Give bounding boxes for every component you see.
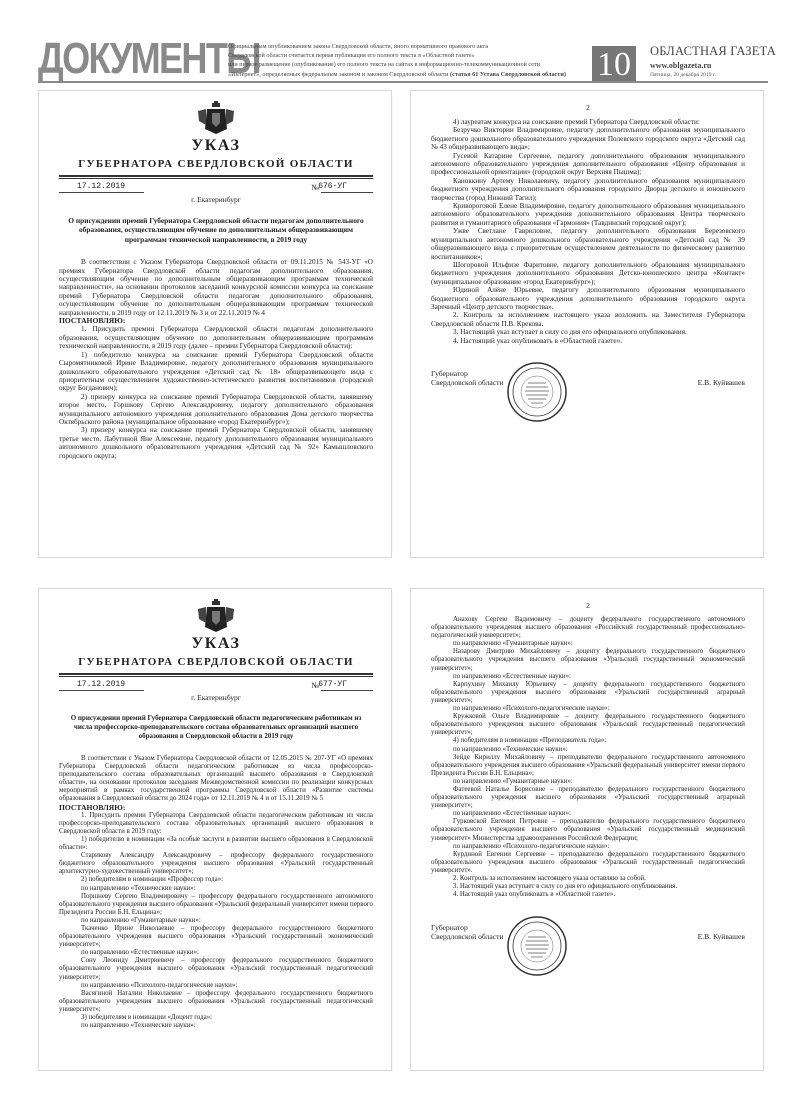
paragraph: Зейде Кириллу Михайловичу – преподавател…: [431, 754, 745, 778]
decree-resolution-word: ПОСТАНОВЛЯЮ:: [59, 804, 373, 812]
paragraph: Кривороговой Елене Владимировне, педагог…: [431, 202, 745, 227]
paragraph: 4) лауреатам конкурса на соискание преми…: [431, 118, 745, 126]
paragraph: Поршневу Сергею Владимировичу – профессо…: [59, 893, 373, 917]
legal-note-citation: (статья 61 Устава Свердловской области): [450, 71, 566, 78]
paragraph: 4. Настоящий указ опубликовать в «Област…: [431, 891, 745, 899]
legal-note-line: Свердловской области считается первая пу…: [228, 51, 588, 60]
signatory-role-line: Свердловской области: [431, 378, 503, 387]
decree-body: Анахову Сергею Вадимовичу – доценту феде…: [431, 616, 745, 899]
date-underline: [59, 192, 144, 193]
paragraph: 2. Контроль за исполнением настоящего ук…: [431, 875, 745, 883]
date-number-row: 17.12.2019 № 677-УГ: [59, 677, 373, 693]
paragraph: по направлению «Технические науки»:: [59, 1022, 373, 1030]
paragraph: 3. Настоящий указ вступает в силу со дня…: [431, 883, 745, 891]
paragraph: Ужве Светлане Гавриловне, педагогу допол…: [431, 227, 745, 261]
decree-body: В соответствии с Указом Губернатора Свер…: [59, 258, 373, 460]
decree-body: 4) лауреатам конкурса на соискание преми…: [431, 118, 745, 345]
date-underline: [59, 690, 144, 691]
decree-title: О присуждении премий Губернатора Свердло…: [65, 216, 367, 244]
decree-word: УКАЗ: [59, 137, 373, 155]
signature-block: Губернатор Свердловской области Е.В. Куй…: [431, 361, 745, 421]
page-number-label: 2: [431, 103, 745, 112]
decree-677-page-2: 2 Анахову Сергею Вадимовичу – доценту фе…: [410, 588, 764, 1071]
paragraph: 1) победителю конкурса на соискание прем…: [59, 351, 373, 393]
decree-issuer: ГУБЕРНАТОРА СВЕРДЛОВСКОЙ ОБЛАСТИ: [59, 158, 373, 170]
paragraph: по направлению «Технические науки»:: [431, 746, 745, 754]
signatory-role: Губернатор Свердловской области: [431, 923, 503, 941]
paragraph: Безручко Виктории Владимировне, педагогу…: [431, 126, 745, 151]
paragraph: по направлению «Естественные науки»:: [59, 949, 373, 957]
paragraph: Каноккину Артему Николаевичу, педагогу д…: [431, 177, 745, 202]
signatory-name: Е.В. Куйвашев: [698, 378, 745, 387]
section-title: ДОКУМЕНТЫ: [38, 36, 260, 82]
paragraph: Карпухину Михаилу Юрьевичу – доценту фед…: [431, 681, 745, 705]
paragraph: 3) призеру конкурса на соискание премий …: [59, 426, 373, 460]
decree-677-page-1: УКАЗ ГУБЕРНАТОРА СВЕРДЛОВСКОЙ ОБЛАСТИ 17…: [38, 588, 392, 1071]
decree-676-page-2: 2 4) лауреатам конкурса на соискание пре…: [410, 90, 764, 558]
newspaper-name: ОБЛАСТНАЯ ГАЗЕТА: [650, 44, 776, 59]
masthead-rule: [38, 81, 768, 83]
decree-city: г. Екатеринбург: [59, 693, 373, 702]
paragraph: по направлению «Гуманитарные науки»:: [431, 640, 745, 648]
paragraph: по направлению «Психолого-педагогические…: [431, 705, 745, 713]
paragraph: по направлению «Гуманитарные науки»:: [59, 917, 373, 925]
signatory-role: Губернатор Свердловской области: [431, 369, 503, 387]
legal-note-text: «Интернет», определяемых федеральным зак…: [228, 71, 449, 78]
issue-date: Пятница, 20 декабря 2019 г.: [650, 72, 716, 78]
paragraph: 1) победителю в номинации «За особые зас…: [59, 836, 373, 852]
decree-date: 17.12.2019: [77, 182, 125, 191]
paragraph: Васягиной Наталии Николаевне – профессор…: [59, 990, 373, 1014]
number-underline: [321, 192, 373, 193]
paragraph: Юдиной Алёне Юрьевне, педагогу дополните…: [431, 286, 745, 311]
paragraph: Кружковой Ольге Владимировне – доценту ф…: [431, 713, 745, 737]
paragraph: 2. Контроль за исполнением настоящего ук…: [431, 311, 745, 328]
signatory-name: Е.В. Куйвашев: [698, 932, 745, 941]
paragraph: Ткаченко Ирине Николаевне – профессору ф…: [59, 925, 373, 949]
paragraph: 1. Присудить премии Губернатора Свердлов…: [59, 812, 373, 836]
decree-resolution-word: ПОСТАНОВЛЯЮ:: [59, 317, 373, 325]
legal-note-line: или первое размещение (опубликование) ег…: [228, 60, 588, 69]
paragraph: 4) победителям в номинации «Преподавател…: [431, 737, 745, 745]
legal-note-line: Официальным опубликованием закона Свердл…: [228, 42, 588, 51]
official-seal-icon: [506, 915, 568, 977]
newspaper-masthead: ДОКУМЕНТЫ Официальным опубликованием зак…: [38, 40, 800, 82]
decree-word: УКАЗ: [59, 635, 373, 653]
paragraph: Гусевой Катарине Сергеевне, педагогу доп…: [431, 152, 745, 177]
paragraph: Шогоровой Ильфизе Фаритовне, педагогу до…: [431, 261, 745, 286]
newspaper-url[interactable]: www.oblgazeta.ru: [650, 61, 711, 70]
paragraph: 2) призеру конкурса на соискание премий …: [59, 393, 373, 427]
paragraph: Сону Леониду Дмитриевичу – профессору фе…: [59, 957, 373, 981]
paragraph: 2) победителям в номинации «Профессор го…: [59, 876, 373, 884]
number-underline: [321, 690, 373, 691]
paragraph: 4. Настоящий указ опубликовать в «Област…: [431, 337, 745, 345]
official-seal-icon: [506, 361, 568, 423]
decree-body: В соответствии с Указом Губернатора Свер…: [59, 755, 373, 1030]
decree-issuer: ГУБЕРНАТОРА СВЕРДЛОВСКОЙ ОБЛАСТИ: [59, 656, 373, 668]
page-number: 10: [592, 46, 636, 83]
signatory-role-line: Губернатор: [431, 369, 503, 378]
paragraph: 3. Настоящий указ вступает в силу со дня…: [431, 328, 745, 336]
decree-number: 676-УГ: [318, 182, 347, 191]
paragraph: по направлению «Естественные науки»:: [431, 810, 745, 818]
paragraph: Старикову Александру Александровичу – пр…: [59, 852, 373, 876]
paragraph: Фатеевой Наталье Борисовне – преподавате…: [431, 786, 745, 810]
decree-676-page-1: УКАЗ ГУБЕРНАТОРА СВЕРДЛОВСКОЙ ОБЛАСТИ 17…: [38, 90, 392, 558]
page-number-label: 2: [431, 601, 745, 610]
paragraph: по направлению «Психолого-педагогические…: [431, 843, 745, 851]
paragraph: 1. Присудить премии Губернатора Свердлов…: [59, 325, 373, 350]
decree-title: О присуждении премий Губернатора Свердло…: [65, 714, 367, 741]
decree-number: 677-УГ: [318, 680, 347, 689]
paragraph: по направлению «Технические науки»:: [59, 885, 373, 893]
signature-block: Губернатор Свердловской области Е.В. Куй…: [431, 915, 745, 975]
coat-of-arms-icon: [195, 101, 237, 135]
paragraph: Курдиной Евгении Сергеевне – преподавате…: [431, 851, 745, 875]
legal-note: Официальным опубликованием закона Свердл…: [228, 42, 588, 79]
preamble: В соответствии с Указом Губернатора Свер…: [59, 258, 373, 317]
paragraph: Анахову Сергею Вадимовичу – доценту феде…: [431, 616, 745, 640]
coat-of-arms-icon: [195, 599, 237, 633]
paragraph: 3) победителям в номинации «Доцент года»…: [59, 1014, 373, 1022]
date-number-row: 17.12.2019 № 676-УГ: [59, 179, 373, 195]
signatory-role-line: Свердловской области: [431, 932, 503, 941]
legal-note-line: «Интернет», определяемых федеральным зак…: [228, 70, 588, 79]
paragraph: по направлению «Гуманитарные науки»:: [431, 778, 745, 786]
paragraph: по направлению «Естественные науки»:: [431, 673, 745, 681]
paragraph: Назарову Дмитрию Михайловичу – доценту ф…: [431, 648, 745, 672]
paragraph: по направлению «Психолого-педагогические…: [59, 982, 373, 990]
preamble: В соответствии с Указом Губернатора Свер…: [59, 755, 373, 804]
decree-city: г. Екатеринбург: [59, 195, 373, 204]
paragraph: Гурковской Евгении Петровне – преподават…: [431, 818, 745, 842]
signatory-role-line: Губернатор: [431, 923, 503, 932]
decree-date: 17.12.2019: [77, 680, 125, 689]
